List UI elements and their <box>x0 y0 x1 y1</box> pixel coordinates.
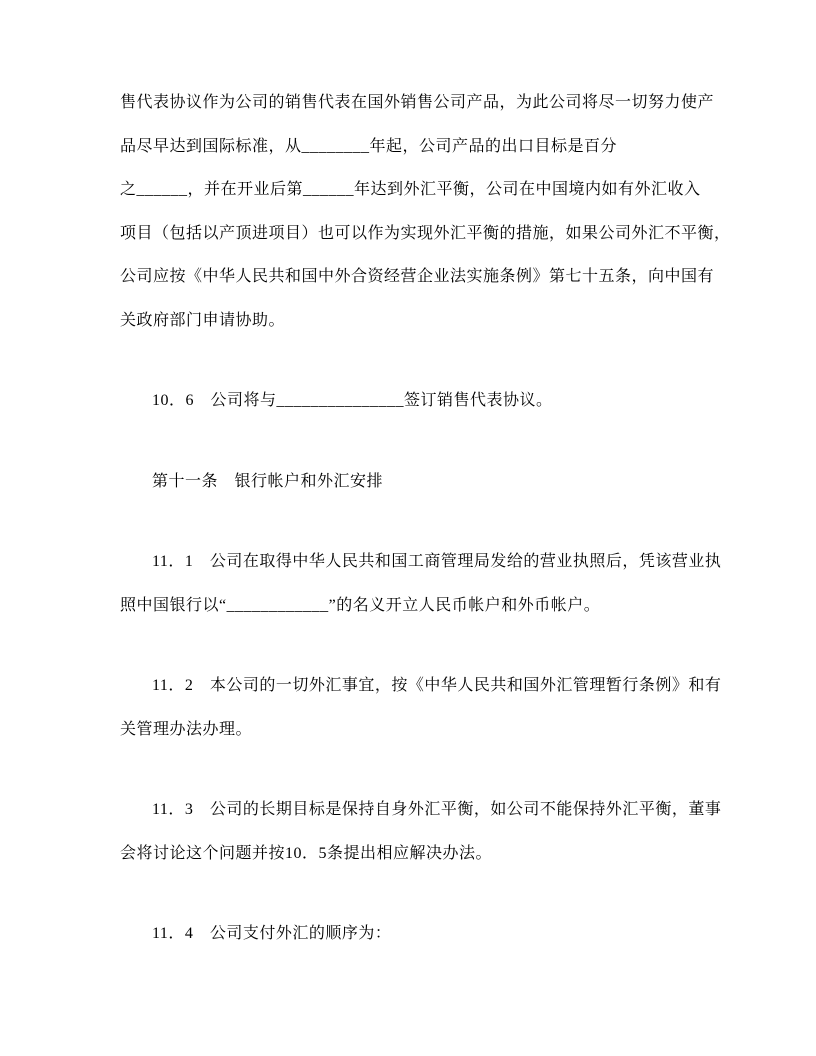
document-page: 售代表协议作为公司的销售代表在国外销售公司产品，为此公司将尽一切努力使产品尽早达… <box>0 0 816 1056</box>
paragraph: 11．4 公司支付外汇的顺序为： <box>120 912 700 956</box>
paragraph: 11．2 本公司的一切外汇事宜，按《中华人民共和国外汇管理暂行条例》和有关管理办… <box>120 664 700 751</box>
document-line: 照中国银行以“____________”的名义开立人民币帐户和外币帐户。 <box>120 584 700 628</box>
document-line: 第十一条 银行帐户和外汇安排 <box>120 460 700 504</box>
document-line: 关政府部门申请协助。 <box>120 299 700 343</box>
document-line: 售代表协议作为公司的销售代表在国外销售公司产品，为此公司将尽一切努力使产 <box>120 81 700 125</box>
paragraph: 11．1 公司在取得中华人民共和国工商管理局发给的营业执照后，凭该营业执照中国银… <box>120 540 700 627</box>
document-line: 之______，并在开业后第______年达到外汇平衡，公司在中国境内如有外汇收… <box>120 168 700 212</box>
document-line: 关管理办法办理。 <box>120 708 700 752</box>
paragraph: 11．3 公司的长期目标是保持自身外汇平衡，如公司不能保持外汇平衡，董事会将讨论… <box>120 788 700 875</box>
document-line: 10．6 公司将与_______________签订销售代表协议。 <box>120 379 700 423</box>
paragraph: 售代表协议作为公司的销售代表在国外销售公司产品，为此公司将尽一切努力使产品尽早达… <box>120 81 700 342</box>
paragraph: 第十一条 银行帐户和外汇安排 <box>120 460 700 504</box>
document-line: 11．4 公司支付外汇的顺序为： <box>120 912 700 956</box>
document-line: 11．3 公司的长期目标是保持自身外汇平衡，如公司不能保持外汇平衡，董事 <box>120 788 700 832</box>
document-line: 11．2 本公司的一切外汇事宜，按《中华人民共和国外汇管理暂行条例》和有 <box>120 664 700 708</box>
document-line: 会将讨论这个问题并按10．5条提出相应解决办法。 <box>120 832 700 876</box>
document-line: 11．1 公司在取得中华人民共和国工商管理局发给的营业执照后，凭该营业执 <box>120 540 700 584</box>
document-line: 项目（包括以产顶进项目）也可以作为实现外汇平衡的措施，如果公司外汇不平衡， <box>120 212 700 256</box>
paragraph: 10．6 公司将与_______________签订销售代表协议。 <box>120 379 700 423</box>
document-line: 品尽早达到国际标准，从________年起，公司产品的出口目标是百分 <box>120 125 700 169</box>
document-content: 售代表协议作为公司的销售代表在国外销售公司产品，为此公司将尽一切努力使产品尽早达… <box>120 81 700 956</box>
document-line: 公司应按《中华人民共和国中外合资经营企业法实施条例》第七十五条，向中国有 <box>120 255 700 299</box>
